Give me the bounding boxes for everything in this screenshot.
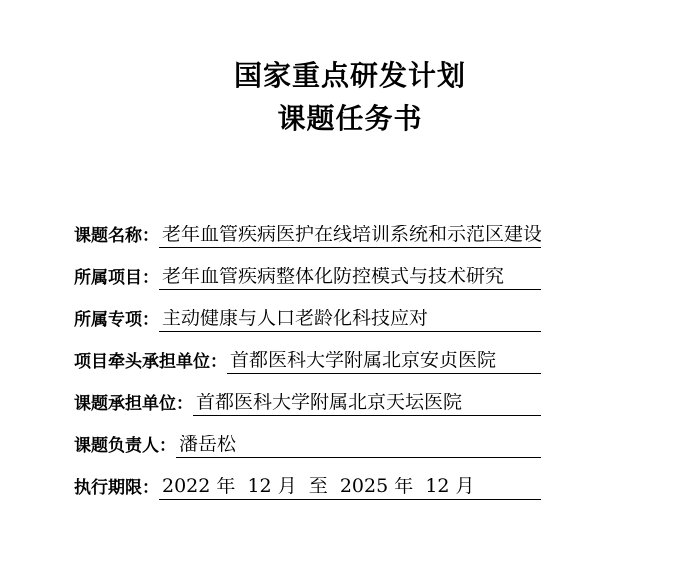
field-row-undertaking-organization: 课题承担单位： 首都医科大学附属北京天坛医院 [74,374,541,416]
field-row-special-program: 所属专项： 主动健康与人口老龄化科技应对 [74,290,541,332]
title-line-task-book: 课题任务书 [0,97,700,140]
document-page: 国家重点研发计划 课题任务书 课题名称： 老年血管疾病医护在线培训系统和示范区建… [0,0,700,562]
field-label-parent-project: 所属项目： [74,269,159,290]
title-line-program: 国家重点研发计划 [0,54,700,97]
field-value-parent-project: 老年血管疾病整体化防控模式与技术研究 [159,267,541,290]
field-value-project-title: 老年血管疾病医护在线培训系统和示范区建设 [159,225,541,248]
field-row-execution-period: 执行期限： 2022 年 12 月 至 2025 年 12 月 [74,458,541,500]
document-title: 国家重点研发计划 课题任务书 [0,54,700,140]
field-value-special-program: 主动健康与人口老龄化科技应对 [159,309,541,332]
field-label-project-title: 课题名称： [74,227,159,248]
field-label-undertaking-organization: 课题承担单位： [74,395,193,416]
field-label-execution-period: 执行期限： [74,479,159,500]
field-label-lead-organization: 项目牵头承担单位： [74,353,227,374]
fields-list: 课题名称： 老年血管疾病医护在线培训系统和示范区建设 所属项目： 老年血管疾病整… [74,206,541,500]
field-row-lead-organization: 项目牵头承担单位： 首都医科大学附属北京安贞医院 [74,332,541,374]
field-row-parent-project: 所属项目： 老年血管疾病整体化防控模式与技术研究 [74,248,541,290]
field-label-principal-investigator: 课题负责人： [74,437,176,458]
field-row-principal-investigator: 课题负责人： 潘岳松 [74,416,541,458]
field-label-special-program: 所属专项： [74,311,159,332]
field-value-undertaking-organization: 首都医科大学附属北京天坛医院 [193,393,541,416]
field-value-execution-period: 2022 年 12 月 至 2025 年 12 月 [159,477,541,500]
field-row-project-title: 课题名称： 老年血管疾病医护在线培训系统和示范区建设 [74,206,541,248]
field-value-lead-organization: 首都医科大学附属北京安贞医院 [227,351,541,374]
field-value-principal-investigator: 潘岳松 [176,435,541,458]
